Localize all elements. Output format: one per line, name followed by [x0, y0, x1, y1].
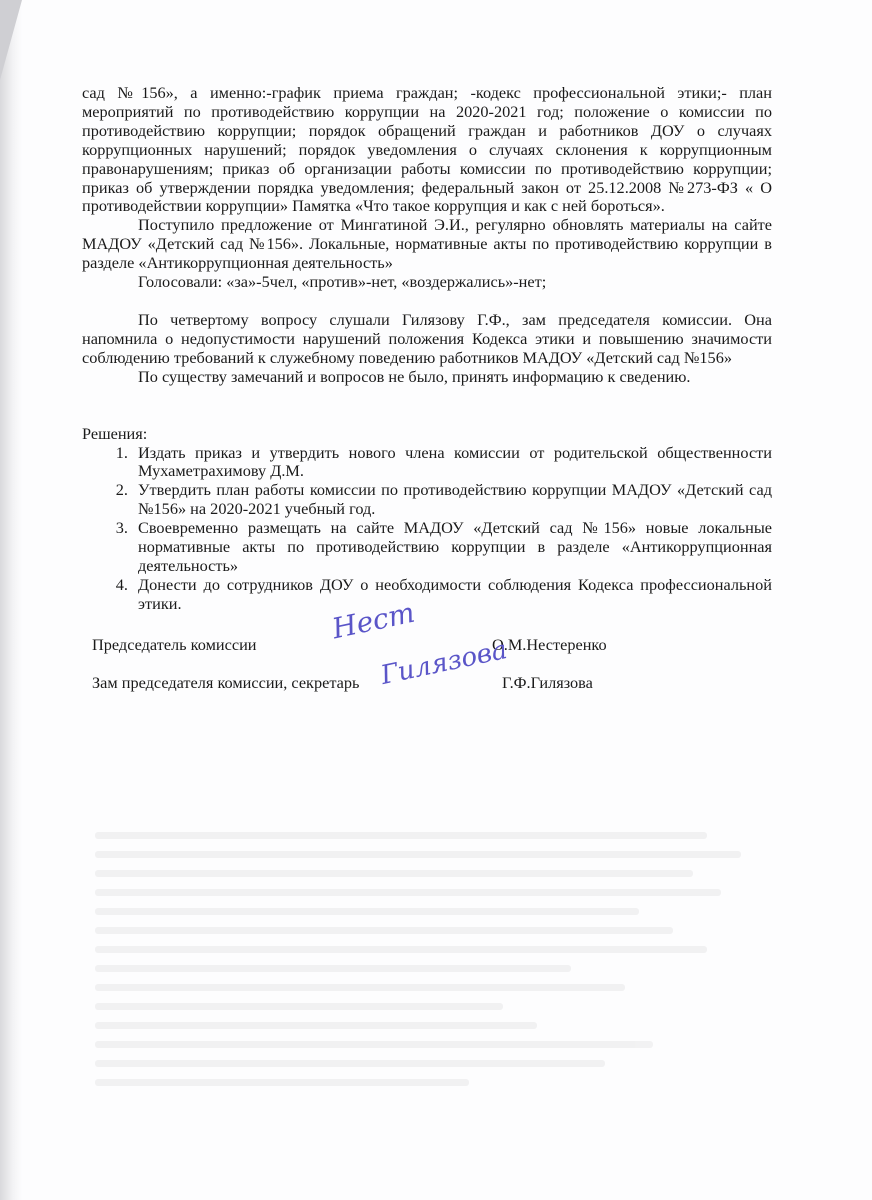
paragraph-fourth-question: По четвертому вопросу слушали Гилязову Г…: [82, 311, 772, 368]
chair-role: Председатель комиссии: [92, 636, 257, 655]
signature-block: Председатель комиссии О.М.Нестеренко Нес…: [82, 624, 772, 704]
decision-item: Донести до сотрудников ДОУ о необходимос…: [132, 576, 772, 614]
paragraph-materials-list: сад №156», а именно:-график приема гражд…: [82, 84, 772, 216]
paragraph-no-remarks: По существу замечаний и вопросов не было…: [82, 368, 772, 387]
decisions-heading: Решения:: [82, 425, 772, 444]
reverse-side-bleed-through: [95, 820, 775, 1190]
scan-edge-shadow: [0, 0, 22, 1200]
decision-item: Своевременно размещать на сайте МАДОУ «Д…: [132, 519, 772, 576]
spacer: [82, 292, 772, 311]
chair-name: О.М.Нестеренко: [492, 636, 607, 655]
deputy-name: Г.Ф.Гилязова: [502, 674, 593, 693]
deputy-signature-row: Зам председателя комиссии, секретарь Г.Ф…: [92, 674, 359, 693]
scan-corner: [0, 0, 22, 80]
decision-item: Утвердить план работы комиссии по против…: [132, 481, 772, 519]
deputy-role: Зам председателя комиссии, секретарь: [92, 674, 359, 693]
spacer: [82, 387, 772, 425]
decisions-list: Издать приказ и утвердить нового члена к…: [82, 444, 772, 614]
chair-signature-row: Председатель комиссии О.М.Нестеренко: [92, 636, 257, 655]
vote-result: Голосовали: «за»-5чел, «против»-нет, «во…: [82, 273, 772, 292]
decision-item: Издать приказ и утвердить нового члена к…: [132, 444, 772, 482]
deputy-handwritten-signature: Гилязова: [379, 641, 508, 686]
paragraph-proposal: Поступило предложение от Мингатиной Э.И.…: [82, 216, 772, 273]
document-body: сад №156», а именно:-график приема гражд…: [82, 84, 772, 704]
